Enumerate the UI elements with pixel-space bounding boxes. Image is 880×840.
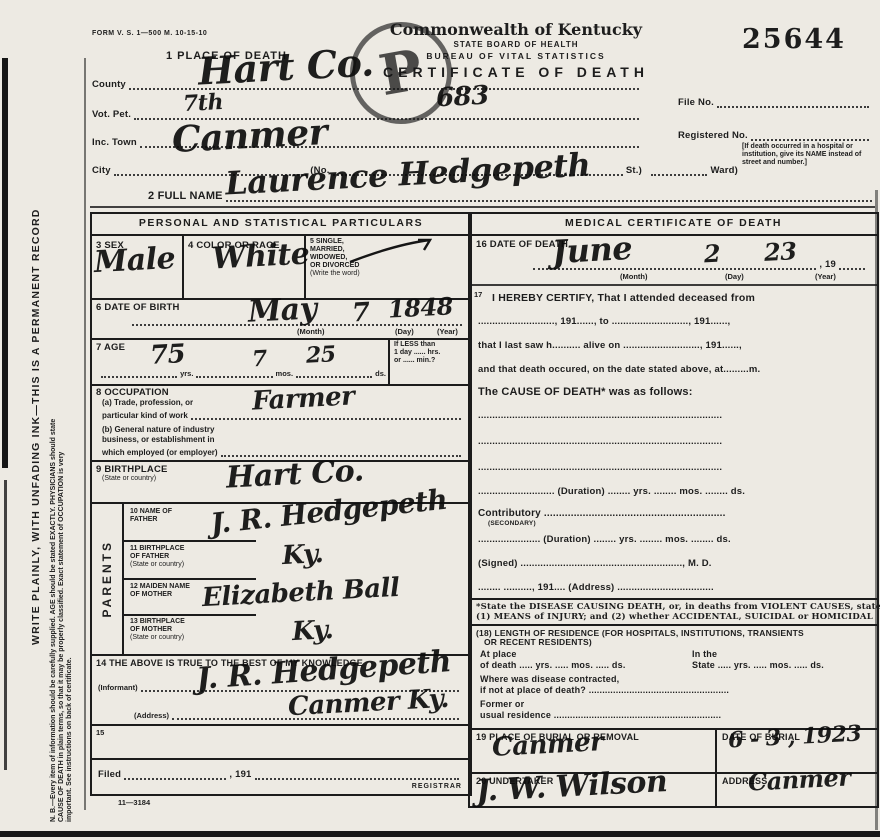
age-units-row: yrs. mos. ds. <box>98 364 386 378</box>
handwritten-dod-year: 23 <box>763 239 797 265</box>
street-label: St.) <box>626 165 642 176</box>
dod-month-caption: (Month) <box>620 272 647 281</box>
scan-edge-left-bar-lower <box>4 480 7 770</box>
filed-row: Filed , 191 <box>98 766 462 780</box>
age-less-line2: 1 day ...... hrs. <box>394 349 440 357</box>
handwritten-dob-month: May <box>247 294 317 328</box>
medical-certificate-box: MEDICAL CERTIFICATE OF DEATH 16 DATE OF … <box>468 212 879 808</box>
inctown-label: Inc. Town <box>92 137 137 148</box>
filed-rule-1 <box>124 776 226 780</box>
age-less-block: If LESS than 1 day ...... hrs. or ......… <box>394 341 440 365</box>
handwritten-city: Canmer <box>171 114 328 158</box>
occupation-b-row: which employed (or employer) <box>102 445 464 457</box>
margin-nb-line1: N. B.—Every item of information should b… <box>50 419 58 822</box>
father-name-label2: FATHER <box>130 516 172 524</box>
residence-where-line2: if not at place of death? ..............… <box>480 685 729 695</box>
dod-year-printed: , 19 <box>819 259 836 270</box>
death-certificate-scan: WRITE PLAINLY, WITH UNFADING INK—THIS IS… <box>0 0 880 840</box>
footnote-line2: (1) MEANS of INJURY; and (2) whether ACC… <box>476 612 873 622</box>
age-label: 7 AGE <box>96 342 125 353</box>
occupation-b-line1: (b) General nature of industry <box>102 426 214 434</box>
handwritten-undertaker-address: Canmer <box>747 765 851 794</box>
handwritten-age-months: 7 <box>251 348 267 371</box>
parents-vertical-text: PARENTS <box>100 540 114 617</box>
filed-label: Filed <box>98 769 121 780</box>
margin-nb-line2: CAUSE OF DEATH in plain terms, so that i… <box>58 419 66 822</box>
votpot-label: Vot. Pet. <box>92 109 131 120</box>
full-name-label: 2 FULL NAME <box>148 190 223 202</box>
cause-blank-2: ........................................… <box>478 436 722 447</box>
file-no-rule <box>717 104 869 108</box>
occupation-a-rule <box>191 416 461 420</box>
form-number: FORM V. S. 1—500 M. 10-15-10 <box>92 30 207 38</box>
residence-label-line2: OR RECENT RESIDENTS) <box>484 637 592 647</box>
father-bp-label2: OF FATHER <box>130 553 184 561</box>
stamp-letter: P <box>375 37 428 109</box>
signed-line: (Signed) ...............................… <box>478 558 712 569</box>
dob-day-caption: (Day) <box>395 327 414 336</box>
mother-name-labels: 12 MAIDEN NAME OF MOTHER <box>130 583 190 599</box>
father-name-labels: 10 NAME OF FATHER <box>130 508 172 524</box>
mother-name-label2: OF MOTHER <box>130 591 190 599</box>
file-no-label: File No. <box>678 97 714 108</box>
birthplace-label: 9 BIRTHPLACE <box>96 464 168 475</box>
mother-name-label1: 12 MAIDEN NAME <box>130 583 190 591</box>
handwritten-occupation: Farmer <box>251 383 355 414</box>
filed-year-printed: , 191 <box>229 769 251 780</box>
age-days-rule <box>296 374 372 378</box>
ward-row: Ward) <box>648 160 738 176</box>
certificate-serial-number: 25644 <box>742 24 846 55</box>
informant-address-label: (Address) <box>134 711 169 720</box>
ward-label: Ward) <box>710 165 738 176</box>
dob-month-caption: (Month) <box>297 327 324 336</box>
registered-no-rule <box>751 137 869 141</box>
handwritten-burial-date: 6 - 3 , 1923 <box>728 723 862 752</box>
father-name-label1: 10 NAME OF <box>130 508 172 516</box>
handwritten-dod-month: June <box>551 232 633 268</box>
residence-former-line1: Former or <box>480 699 524 709</box>
signed-date-address-line: ........ .........., 191.... (Address) .… <box>478 582 714 593</box>
handwritten-burial-place: Canmer <box>491 729 603 761</box>
occupation-b-line2: business, or establishment in <box>102 436 214 444</box>
handwritten-father-birthplace: Ky. <box>281 541 323 569</box>
file-no-row: File No. <box>678 92 872 108</box>
residence-atplace-line2: of death ..... yrs. ..... mos. ..... ds. <box>480 660 626 670</box>
parents-vertical-label: PARENTS <box>92 504 122 654</box>
duration-line-2: ...................... (Duration) ......… <box>478 534 731 545</box>
handwritten-race: White <box>211 239 310 274</box>
handwritten-dob-day: 7 <box>351 300 370 327</box>
occupation-a-line1: (a) Trade, profession, or <box>102 399 193 407</box>
personal-title: PERSONAL AND STATISTICAL PARTICULARS <box>92 217 470 229</box>
marital-hint: (Write the word) <box>310 270 360 278</box>
row15-number: 15 <box>96 728 104 737</box>
dob-year-caption: (Year) <box>437 327 458 336</box>
occupation-a-line2: particular kind of work <box>102 412 188 420</box>
scan-fold-line <box>84 58 86 810</box>
father-bp-label1: 11 BIRTHPLACE <box>130 545 184 553</box>
age-months-rule <box>196 374 272 378</box>
father-bp-hint: (State or country) <box>130 561 184 569</box>
contributory-line: Contributory ...........................… <box>478 508 726 519</box>
dod-day-caption: (Day) <box>725 272 744 281</box>
age-ds-unit: ds. <box>375 369 386 378</box>
residence-atplace-line1: At place <box>480 649 517 659</box>
plate-number: 11—3184 <box>118 798 150 807</box>
handwritten-dod-day: 2 <box>703 242 720 267</box>
handwritten-voting-precinct: 7th <box>182 91 223 115</box>
medical-title: MEDICAL CERTIFICATE OF DEATH <box>470 217 877 229</box>
age-years-rule <box>101 374 177 378</box>
dod-year-caption: (Year) <box>815 272 836 281</box>
age-less-line1: If LESS than <box>394 341 440 349</box>
hospital-note: [If death occurred in a hospital or inst… <box>742 143 874 167</box>
dod-year-rule <box>839 266 865 270</box>
cause-blank-3: ........................................… <box>478 462 722 473</box>
mother-bp-label1: 13 BIRTHPLACE <box>130 618 185 626</box>
margin-nb-note: N. B.—Every item of information should b… <box>50 419 74 822</box>
handwritten-informant-address: Canmer Ky. <box>287 686 449 720</box>
duration-line-1: ........................... (Duration) .… <box>478 486 745 497</box>
age-less-line3: or ...... min.? <box>394 357 440 365</box>
full-name-rule <box>226 198 872 202</box>
certify-line3: that I last saw h.......... alive on ...… <box>478 340 742 351</box>
residence-former-line2: usual residence ........................… <box>480 710 721 720</box>
informant-label: (Informant) <box>98 683 138 692</box>
margin-nb-line3: important. See instructions on back of c… <box>66 419 74 822</box>
handwritten-age-years: 75 <box>149 341 186 369</box>
marital-status-mark <box>348 238 432 266</box>
handwritten-stamp-number: 683 <box>435 83 489 112</box>
mother-birthplace-labels: 13 BIRTHPLACE OF MOTHER (State or countr… <box>130 618 185 642</box>
mother-bp-label2: OF MOTHER <box>130 626 185 634</box>
registered-no-label: Registered No. <box>678 130 748 141</box>
footnote-line1: *State the DISEASE CAUSING DEATH, or, in… <box>476 602 880 612</box>
certify-line2: ..........................., 191......, … <box>478 316 730 327</box>
residence-instate-line1: In the <box>692 649 717 659</box>
ward-rule <box>651 172 707 176</box>
cause-blank-1: ........................................… <box>478 410 722 421</box>
residence-instate-line2: State ..... yrs. ..... mos. ..... ds. <box>692 660 824 670</box>
age-yrs-unit: yrs. <box>180 369 193 378</box>
certify-line1: I HEREBY CERTIFY, That I attended deceas… <box>492 292 755 304</box>
margin-write-plainly-note: WRITE PLAINLY, WITH UNFADING INK—THIS IS… <box>30 208 42 645</box>
handwritten-age-days: 25 <box>305 343 336 367</box>
handwritten-sex: Male <box>93 244 176 278</box>
handwritten-birthplace: Hart Co. <box>225 456 364 493</box>
registered-no-row: Registered No. <box>678 125 872 141</box>
column-top-rule <box>90 206 875 208</box>
filed-rule-2 <box>255 776 459 780</box>
handwritten-mother-birthplace: Ky. <box>291 617 333 645</box>
secondary-caption: (SECONDARY) <box>488 520 536 527</box>
county-label: County <box>92 79 126 90</box>
occupation-label: 8 OCCUPATION <box>96 387 169 398</box>
handwritten-dob-year: 1848 <box>387 294 453 321</box>
registrar-label: REGISTRAR <box>412 783 462 791</box>
cause-of-death-line: The CAUSE OF DEATH* was as follows: <box>478 386 693 398</box>
occupation-b-line3: which employed (or employer) <box>102 449 218 457</box>
age-mos-unit: mos. <box>276 369 294 378</box>
birthplace-hint: (State or country) <box>102 475 156 483</box>
city-label: City <box>92 165 111 176</box>
certify-line4: and that death occured, on the date stat… <box>478 364 760 375</box>
residence-where-line1: Where was disease contracted, <box>480 674 619 684</box>
father-birthplace-labels: 11 BIRTHPLACE OF FATHER (State or countr… <box>130 545 184 569</box>
mother-bp-hint: (State or country) <box>130 634 185 642</box>
scan-edge-left-bar <box>2 58 8 468</box>
scan-edge-bottom <box>0 831 880 837</box>
handwritten-county: Hart Co. <box>197 43 374 90</box>
dob-label: 6 DATE OF BIRTH <box>96 302 180 313</box>
certify-item-number: 17 <box>474 290 482 299</box>
